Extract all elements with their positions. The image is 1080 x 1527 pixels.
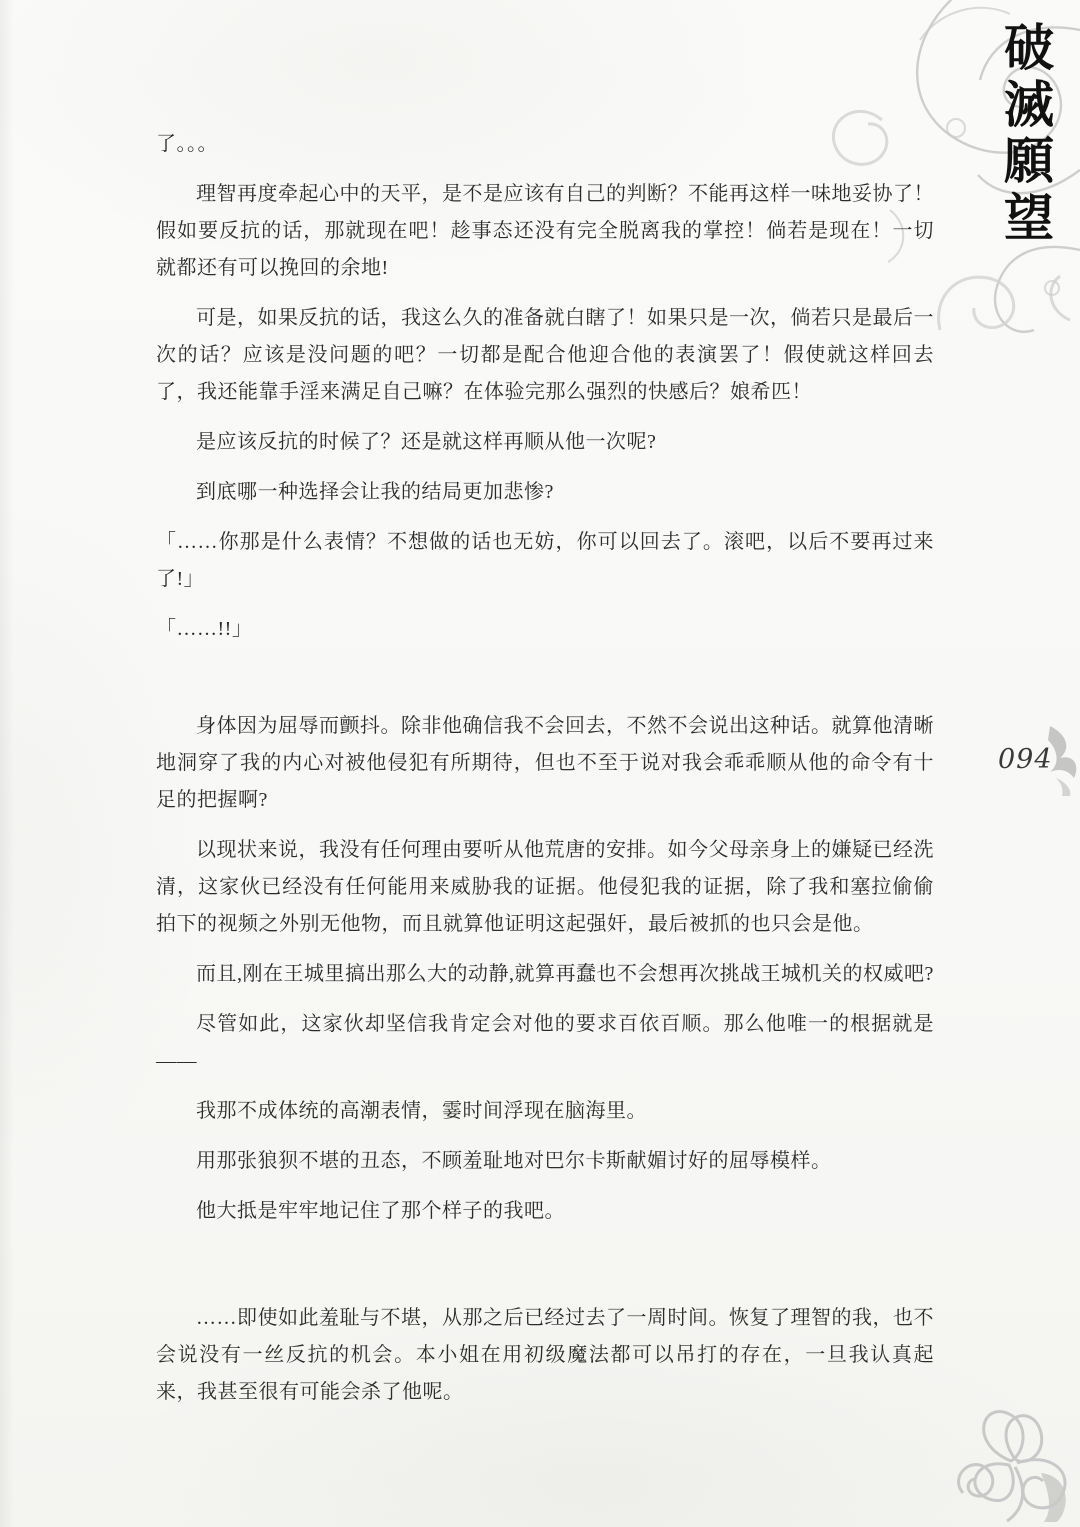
- book-title-vertical: 破滅願望: [1002, 20, 1056, 246]
- body-paragraph: 是应该反抗的时候了？还是就这样再顺从他一次呢?: [156, 424, 934, 461]
- body-paragraph: 到底哪一种选择会让我的结局更加悲惨?: [156, 474, 934, 511]
- body-paragraph: 了。。。: [156, 126, 934, 163]
- body-paragraph: 以现状来说，我没有任何理由要听从他荒唐的安排。如今父母亲身上的嫌疑已经洗清，这家…: [156, 832, 934, 943]
- body-paragraph: 理智再度牵起心中的天平，是不是应该有自己的判断？不能再这样一味地妥协了！假如要反…: [156, 176, 934, 287]
- body-paragraph: 他大抵是牢牢地记住了那个样子的我吧。: [156, 1193, 934, 1230]
- dialogue-paragraph: 「……你那是什么表情？不想做的话也无妨，你可以回去了。滚吧，以后不要再过来了!」: [156, 524, 934, 598]
- body-paragraph: 可是，如果反抗的话，我这么久的准备就白瞎了！如果只是一次，倘若只是最后一次的话？…: [156, 300, 934, 411]
- spine-shadow: [0, 0, 14, 1527]
- page-number: 094: [998, 744, 1053, 775]
- body-paragraph: 而且,刚在王城里搞出那么大的动静,就算再蠢也不会想再次挑战王城机关的权威吧?: [156, 956, 934, 993]
- body-text: 了。。。 理智再度牵起心中的天平，是不是应该有自己的判断？不能再这样一味地妥协了…: [156, 126, 934, 1411]
- body-paragraph: ……即使如此羞耻与不堪，从那之后已经过去了一周时间。恢复了理智的我，也不会说没有…: [156, 1300, 934, 1411]
- body-paragraph: 我那不成体统的高潮表情，霎时间浮现在脑海里。: [156, 1093, 934, 1130]
- body-paragraph: 尽管如此，这家伙却坚信我肯定会对他的要求百依百顺。那么他唯一的根据就是——: [156, 1006, 934, 1080]
- dialogue-paragraph: 「……!!」: [156, 611, 934, 648]
- body-paragraph: 用那张狼狈不堪的丑态，不顾羞耻地对巴尔卡斯献媚讨好的屈辱模样。: [156, 1143, 934, 1180]
- body-paragraph: 身体因为屈辱而颤抖。除非他确信我不会回去，不然不会说出这种话。就算他清晰地洞穿了…: [156, 708, 934, 819]
